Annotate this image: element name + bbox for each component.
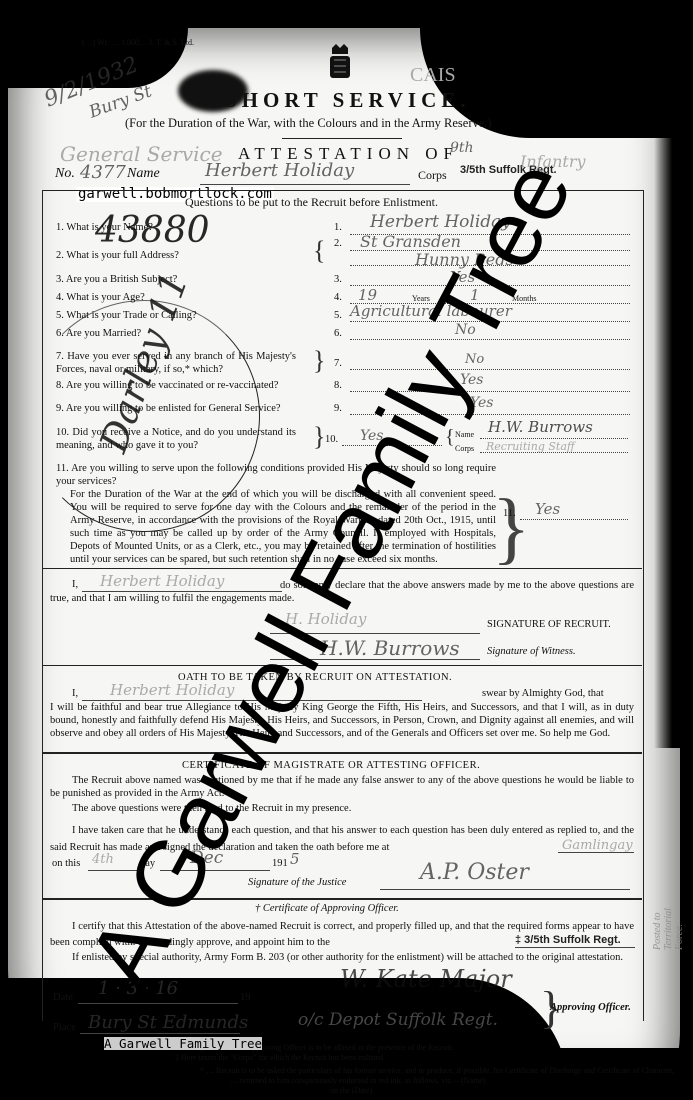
divider (42, 898, 642, 900)
justice-signature-line (380, 889, 630, 890)
burn-edge (654, 128, 680, 748)
justice-signature-label: Signature of the Justice (248, 877, 346, 888)
approval-date: 1 · 3 · 16 (98, 978, 178, 999)
form-subtitle: (For the Duration of the War, with the C… (125, 116, 492, 131)
approving-p2: If enlisted by special authority, Army F… (50, 951, 634, 964)
recruit-signature-line (270, 633, 480, 634)
notice-corps: Recruiting Staff (486, 440, 575, 453)
answer-line (350, 285, 630, 286)
footnote-star-line1: * … Recruit is to be asked the particula… (200, 1066, 674, 1075)
name-underline (200, 184, 410, 185)
notice-name: H.W. Burrows (488, 418, 593, 436)
approving-officer-signature: W. Kate Major (340, 965, 512, 993)
answer-3: Yes (450, 268, 475, 286)
footnote-star-line2: … returned to him conspicuously endorsed… (230, 1076, 486, 1085)
answer-line (520, 519, 628, 520)
divider (42, 752, 642, 754)
answer-number: 3. (334, 274, 342, 285)
day-label: day (140, 858, 155, 869)
answer-line (480, 438, 628, 439)
name-label: Name (127, 166, 160, 182)
year-suffix: 5 (290, 850, 300, 868)
divider (42, 568, 642, 569)
approval-place: Bury St Edmunds (88, 1012, 248, 1033)
answer-number: 8. (334, 380, 342, 391)
magistrate-p3: I have taken care that he understands ea… (50, 822, 634, 856)
underline (160, 870, 270, 871)
attestation-place: Gamlingay (562, 838, 633, 853)
attestation-day: 4th (92, 852, 114, 867)
number-label: No. (55, 166, 75, 182)
royal-crest-icon (326, 44, 354, 82)
faint-stamp: CAIS (410, 64, 456, 87)
oath-name: Herbert Holiday (110, 681, 234, 699)
oath-prefix: I, (72, 688, 78, 699)
answer-number: 9. (334, 403, 342, 414)
divider (282, 138, 402, 139)
soldier-number: 4377 (80, 162, 126, 183)
brace: } (492, 488, 530, 568)
year-prefix: 191 (272, 858, 288, 869)
answer-number: 5. (334, 310, 342, 321)
approving-heading: † Certificate of Approving Officer. (255, 903, 399, 914)
recruit-signature: H. Holiday (285, 610, 366, 628)
side-note: Posted to Territorial Force. (652, 908, 685, 950)
date-label: Date (53, 992, 73, 1003)
answer-line (342, 445, 442, 446)
underline (80, 1033, 240, 1034)
answer-number: 10. (325, 434, 338, 445)
divider (42, 665, 642, 666)
answer-number: 4. (334, 292, 342, 303)
footnote-double-dagger: ‡ Here insert the “Corps” for which the … (175, 1053, 385, 1062)
magistrate-heading: CERTIFICATE OF MAGISTRATE OR ATTESTING O… (182, 760, 480, 771)
footer-watermark: A Garwell Family Tree (104, 1037, 262, 1050)
magistrate-p2: The above questions were then read to th… (50, 802, 634, 815)
answer-8: Yes (460, 372, 484, 388)
question-2: 2. What is your full Address? (56, 250, 179, 261)
magistrate-p1: The Recruit above named was cautioned by… (50, 774, 634, 800)
answer-2-line2: Hunny Beds (415, 250, 514, 269)
underline (78, 1003, 238, 1004)
answer-6: No (455, 322, 476, 338)
justice-signature: A.P. Oster (420, 860, 529, 885)
answer-line (350, 391, 630, 392)
approving-officer-unit: o/c Depot Suffolk Regt. (298, 1010, 498, 1030)
brace: } (313, 348, 325, 374)
answer-5: Agricultural labourer (350, 302, 512, 320)
answer-number: 7. (334, 358, 342, 369)
underline (515, 947, 635, 948)
appointed-unit-stamp: ‡ 3/5th Suffolk Regt. (515, 934, 621, 946)
soldier-name: Herbert Holiday (205, 160, 354, 181)
questions-heading: Questions to be put to the Recruit befor… (185, 195, 438, 210)
witness-signature-label: Signature of Witness. (487, 646, 576, 657)
attestation-month: Dec (190, 848, 223, 868)
answer-7: No (465, 352, 484, 367)
answer-line (350, 414, 630, 415)
witness-signature: H.W. Burrows (320, 636, 460, 660)
question-1: 1. What is your Name? (56, 222, 153, 233)
answer-number: 6. (334, 328, 342, 339)
corps-handwritten: Infantry (520, 152, 586, 171)
answer-number: 2. (334, 238, 342, 249)
notice-name-label: Name (455, 430, 474, 439)
answer-1: Herbert Holiday (370, 212, 511, 232)
place-label: Place (53, 1022, 76, 1033)
form-title: SHORT SERVICE. (225, 88, 471, 113)
oath-lead: swear by Almighty God, that (482, 688, 604, 699)
answer-line (350, 369, 630, 370)
footnote-star-line3: on the (Date) (330, 1086, 372, 1095)
recruit-signature-label: SIGNATURE OF RECRUIT. (487, 619, 611, 630)
answer-9: Yes (470, 395, 494, 411)
answer-number: 1. (334, 222, 342, 233)
notice-corps-label: Corps (455, 444, 474, 453)
months-label: Months (512, 294, 536, 303)
brace: { (445, 424, 455, 450)
underline (88, 870, 138, 871)
answer-10: Yes (360, 428, 384, 444)
corps-label: Corps (418, 168, 447, 183)
answer-line (350, 321, 630, 322)
answer-number: 11. (503, 508, 516, 519)
on-this-label: on this (52, 858, 80, 869)
attestation-battalion: 9th (450, 140, 474, 156)
printer-line: (…) Wt. … 1,000… J. T. & S. Ltd. (82, 38, 194, 47)
date-year-label: 19 (240, 992, 251, 1003)
approving-officer-label: Approving Officer. (550, 1002, 631, 1013)
oath-text: I will be faithful and bear true Allegia… (50, 701, 634, 740)
answer-2-line1: St Gransden (360, 232, 461, 251)
brace: } (313, 424, 325, 450)
brace: { (313, 238, 325, 264)
declaration-text: do solemnly declare that the above answe… (50, 579, 634, 605)
answer-11: Yes (535, 500, 560, 518)
answer-line (350, 339, 630, 340)
